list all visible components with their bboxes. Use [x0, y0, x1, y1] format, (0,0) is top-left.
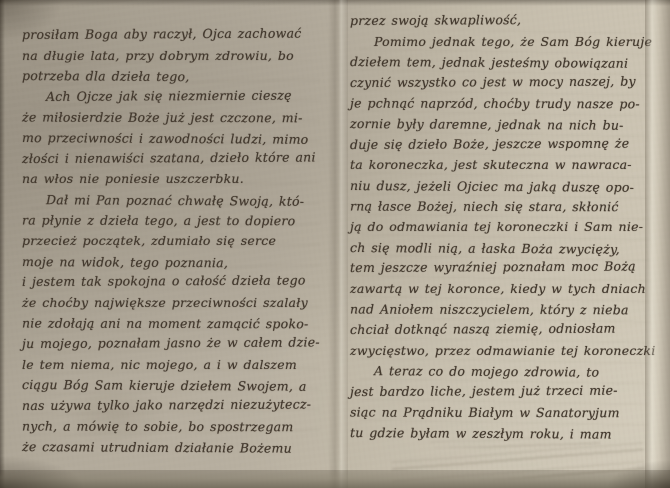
handwritten-line: i jestem tak spokojna o całość dzieła te… [22, 270, 334, 292]
handwritten-line: je pchnąć naprzód, choćby trudy nasze po… [350, 94, 666, 115]
left-page: prosiłam Boga aby raczył, Ojca zachować … [22, 25, 334, 457]
handwritten-line: złości i nienawiści szatana, dzieło któr… [22, 147, 334, 169]
handwritten-line: tu gdzie byłam w zeszłym roku, i mam [350, 423, 666, 446]
handwritten-line: niu dusz, jeżeli Ojciec ma jaką duszę op… [350, 176, 666, 199]
handwritten-line: rną łasce Bożej, niech się stara, skłoni… [350, 197, 666, 218]
handwritten-line: ta koroneczka, jest skuteczna w nawraca- [350, 155, 666, 176]
handwritten-line: chciał dotknąć naszą ziemię, odniosłam [350, 318, 666, 340]
handwritten-line: le tem niema, nic mojego, a i w dalszem [22, 355, 334, 376]
handwritten-line: siąc na Prądniku Białym w Sanatoryjum [350, 403, 666, 424]
handwritten-line: przecież początek, zdumiało się serce [22, 231, 334, 252]
handwritten-line: jest bardzo liche, jestem już trzeci mie… [350, 380, 666, 402]
photo-vignette [0, 0, 90, 60]
page-fold-crease [328, 0, 348, 488]
handwritten-line: nych, a mówię to sobie, bo spostrzegam [22, 417, 334, 438]
handwritten-line: zawartą w tej koronce, kiedy w tych dnia… [350, 279, 666, 300]
handwritten-line: zwycięstwo, przez odmawianie tej koronec… [350, 341, 666, 362]
right-page: przez swoją skwapliwość, Pomimo jednak t… [350, 11, 666, 443]
handwritten-line: że miłosierdzie Boże już jest czczone, m… [22, 108, 334, 129]
photo-vignette [0, 442, 120, 488]
letter-photo: prosiłam Boga aby raczył, Ojca zachować … [0, 0, 670, 488]
handwritten-line: Ach Ojcze jak się niezmiernie cieszę [22, 85, 334, 107]
handwritten-line: ju mojego, poznałam jasno że w całem dzi… [22, 332, 334, 354]
handwritten-line: Pomimo jednak tego, że Sam Bóg kieruje [350, 32, 666, 53]
handwritten-line: tem jeszcze wyraźniej poznałam moc Bożą [350, 256, 666, 278]
right-paper-edge [645, 0, 670, 488]
handwritten-line: duje się dzieło Boże, jeszcze wspomnę że [350, 133, 666, 155]
handwritten-line: Dał mi Pan poznać chwałę Swoją, któ- [22, 190, 334, 212]
handwritten-line: nas używa tylko jako narzędzi niezużytec… [22, 394, 334, 416]
handwritten-line: ra płynie z dzieła tego, a jest to dopie… [22, 211, 334, 232]
handwritten-line: przez swoją skwapliwość, [350, 9, 666, 31]
handwritten-line: że choćby największe przeciwności szalał… [22, 293, 334, 314]
handwritten-line: na włos nie poniesie uszczerbku. [22, 169, 334, 190]
handwritten-line: czynić wszystko co jest w mocy naszej, b… [350, 71, 666, 93]
handwritten-line: ją do odmawiania tej koroneczki i Sam ni… [350, 217, 666, 238]
photo-vignette [580, 448, 670, 488]
